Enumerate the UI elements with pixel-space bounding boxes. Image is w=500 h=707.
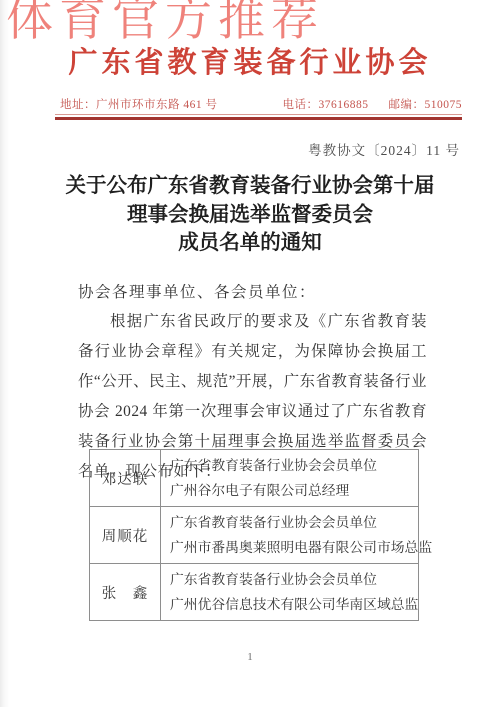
notice-title: 关于公布广东省教育装备行业协会第十届 理事会换届选举监督委员会 成员名单的通知 (0, 172, 500, 258)
watermark-text: 体育官方推荐 (6, 0, 324, 48)
table-row: 张 鑫 广东省教育装备行业协会会员单位 广州优谷信息技术有限公司华南区域总监 (90, 564, 419, 621)
committee-table: 邓达联 广东省教育装备行业协会会员单位 广州谷尔电子有限公司总经理 周顺花 广东… (89, 449, 419, 621)
notice-title-line-3: 成员名单的通知 (0, 229, 500, 258)
address-text: 地址：广州市环市东路 461 号 (60, 96, 218, 112)
member-info-cell: 广东省教育装备行业协会会员单位 广州市番禺奥莱照明电器有限公司市场总监 (161, 507, 419, 564)
member-position-line: 广州市番禺奥莱照明电器有限公司市场总监 (170, 535, 414, 560)
table-row: 邓达联 广东省教育装备行业协会会员单位 广州谷尔电子有限公司总经理 (90, 450, 419, 507)
member-unit-line: 广东省教育装备行业协会会员单位 (170, 567, 414, 592)
member-position-line: 广州优谷信息技术有限公司华南区域总监 (170, 592, 414, 617)
member-name-cell: 邓达联 (90, 450, 161, 507)
contact-right-group: 电话：37616885 邮编：510075 (283, 96, 463, 112)
header-divider-rule (55, 114, 462, 120)
notice-title-line-1: 关于公布广东省教育装备行业协会第十届 (0, 172, 500, 201)
postcode-text: 邮编：510075 (389, 96, 463, 112)
member-position-line: 广州谷尔电子有限公司总经理 (170, 478, 414, 503)
salutation: 协会各理事单位、各会员单位： (78, 280, 316, 302)
phone-text: 电话：37616885 (283, 96, 369, 112)
member-unit-line: 广东省教育装备行业协会会员单位 (170, 510, 414, 535)
member-info-cell: 广东省教育装备行业协会会员单位 广州谷尔电子有限公司总经理 (161, 450, 419, 507)
page-number: 1 (0, 651, 500, 663)
doc-number: 粤教协文〔2024〕11 号 (308, 139, 460, 159)
member-name-cell: 张 鑫 (90, 564, 161, 621)
member-unit-line: 广东省教育装备行业协会会员单位 (170, 453, 414, 478)
notice-title-line-2: 理事会换届选举监督委员会 (0, 201, 500, 230)
member-info-cell: 广东省教育装备行业协会会员单位 广州优谷信息技术有限公司华南区域总监 (161, 564, 419, 621)
contact-bar: 地址：广州市环市东路 461 号 电话：37616885 邮编：510075 (60, 96, 462, 112)
member-name-cell: 周顺花 (90, 507, 161, 564)
table-row: 周顺花 广东省教育装备行业协会会员单位 广州市番禺奥莱照明电器有限公司市场总监 (90, 507, 419, 564)
document-page: 体育官方推荐 广东省教育装备行业协会 地址：广州市环市东路 461 号 电话：3… (0, 0, 500, 707)
